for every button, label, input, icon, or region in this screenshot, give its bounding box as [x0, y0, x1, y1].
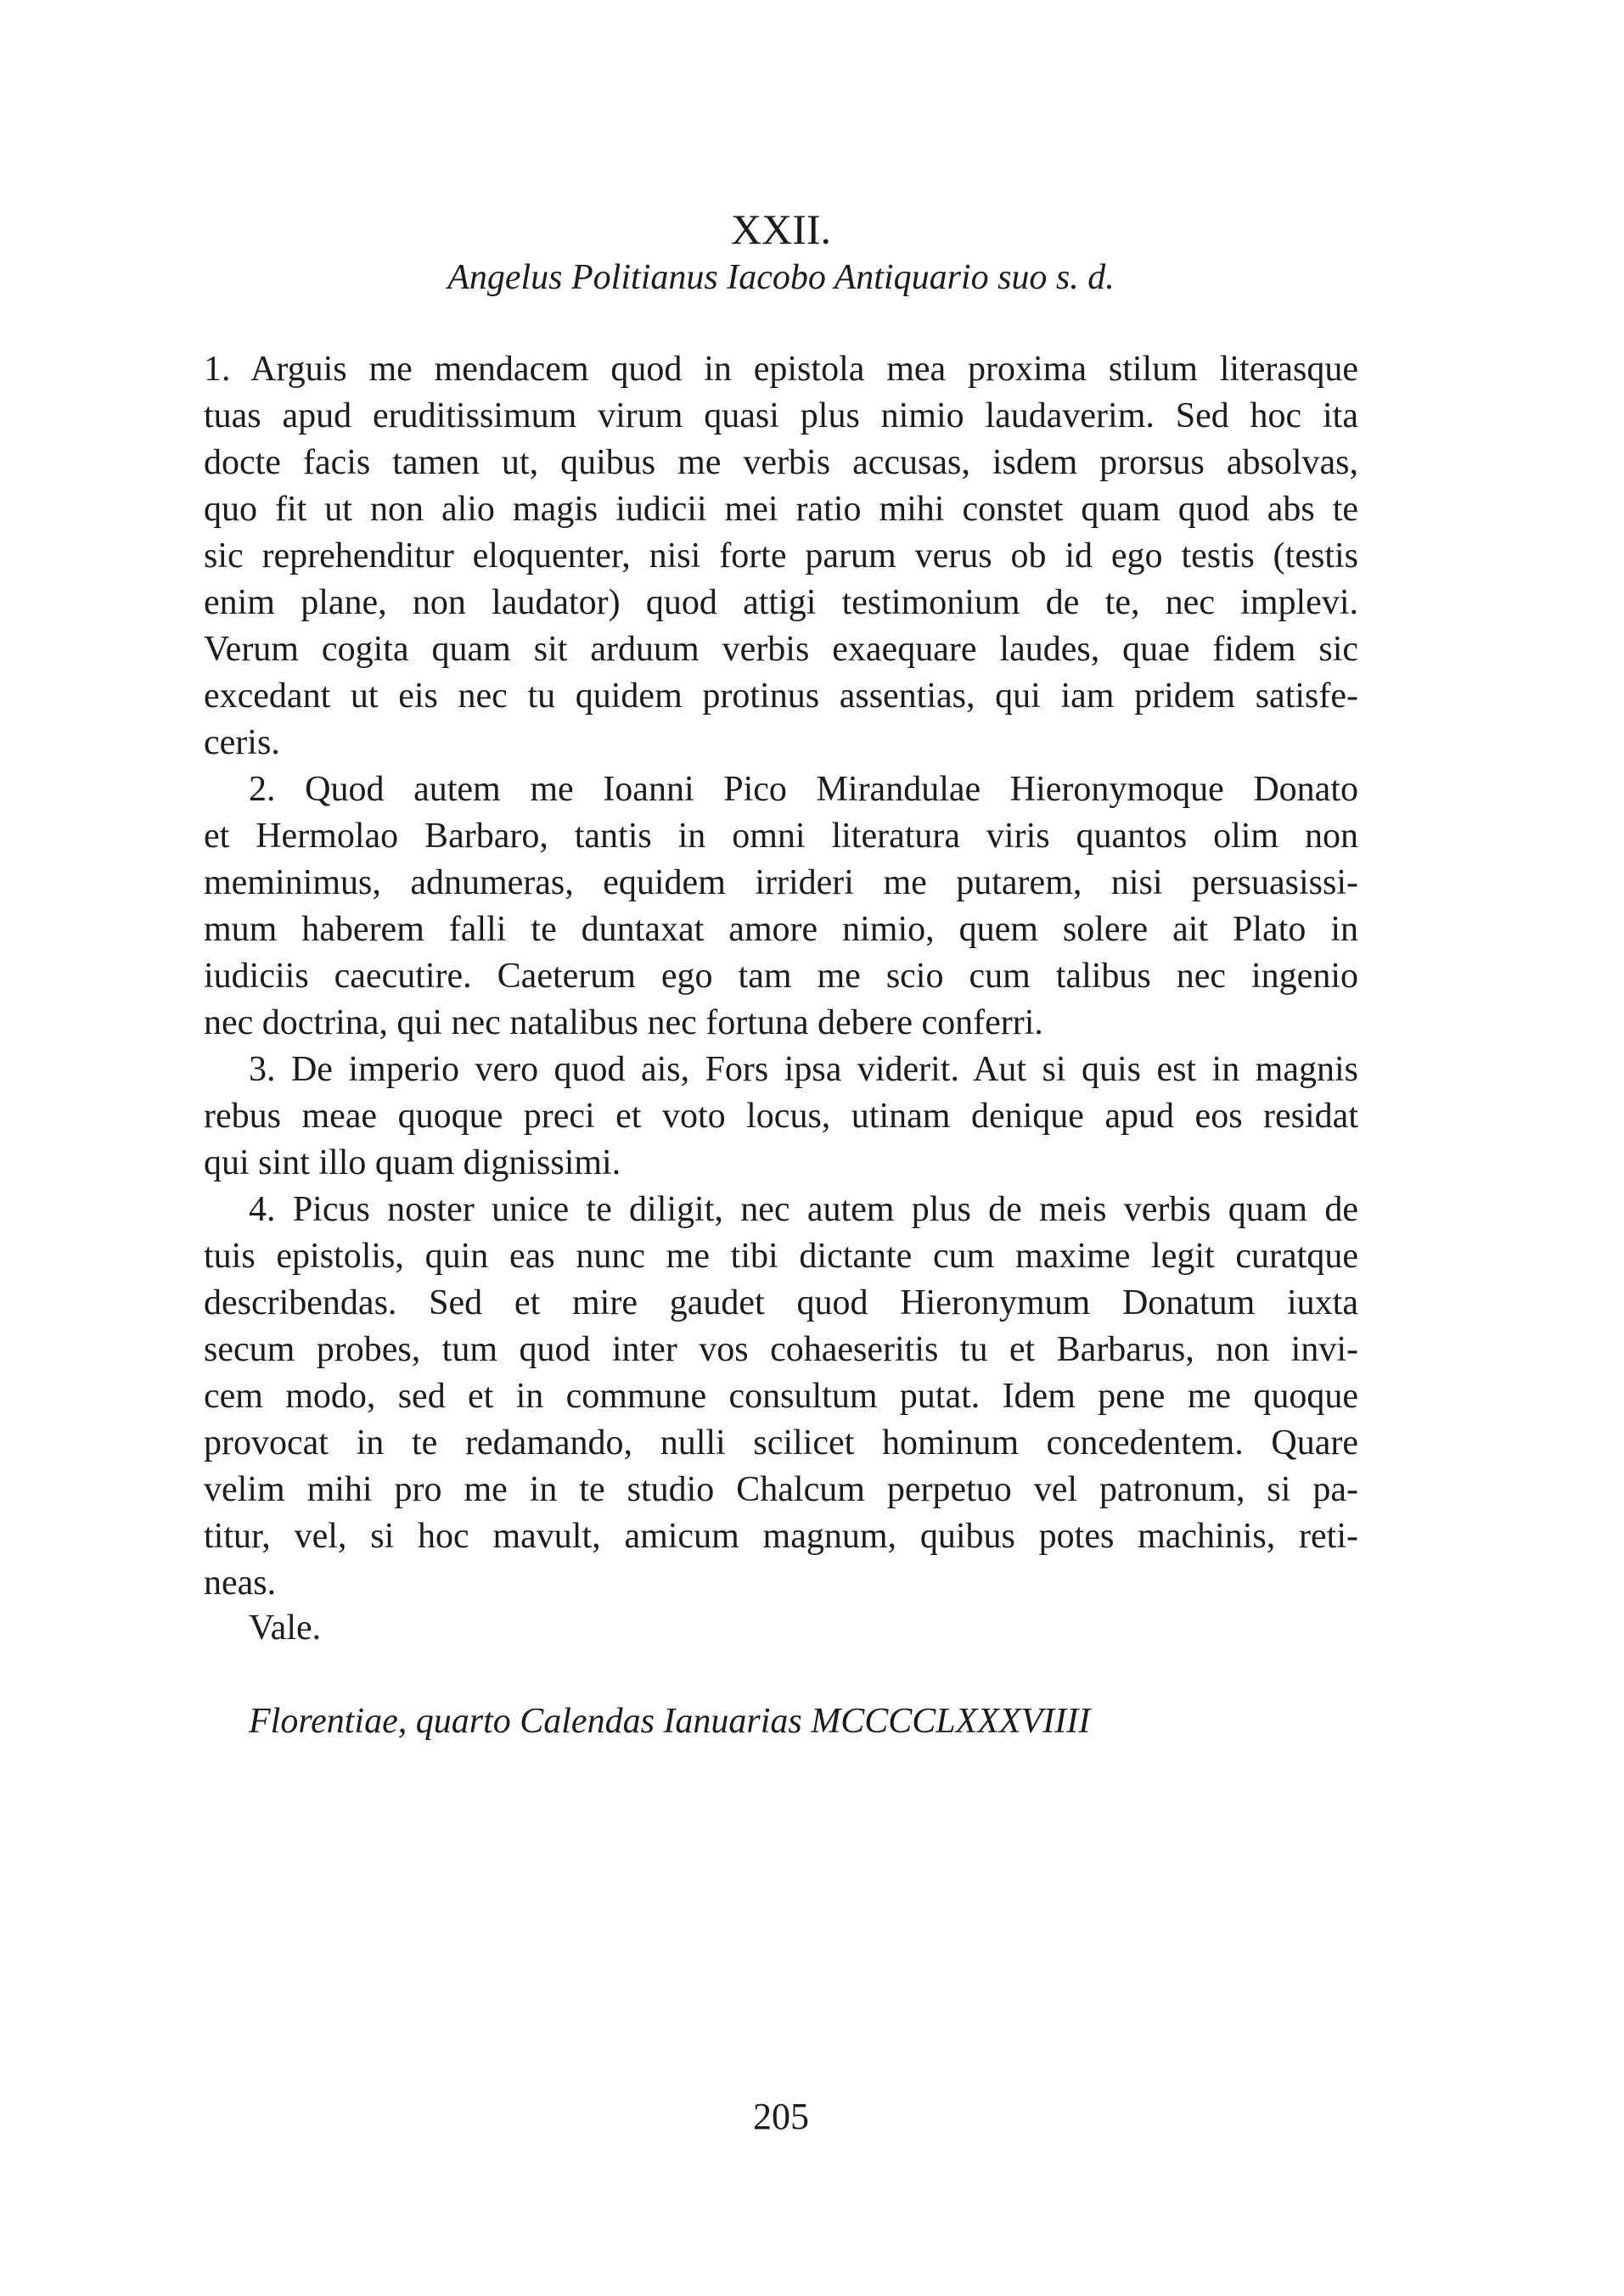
text-line: mum haberem falli te duntaxat amore nimi… [204, 907, 1358, 953]
letter-body: 1. Arguis me mendacem quod in epistola m… [204, 346, 1358, 1607]
text-line: titur, vel, si hoc mavult, amicum magnum… [204, 1513, 1358, 1560]
text-line: ceris. [204, 720, 1358, 766]
text-line: nec doctrina, qui nec natalibus nec fort… [204, 1000, 1358, 1047]
text-line: qui sint illo quam dignissimi. [204, 1140, 1358, 1187]
letter-salutation: Angelus Politianus Iacobo Antiquario suo… [204, 255, 1358, 301]
book-page: XXII. Angelus Politianus Iacobo Antiquar… [0, 0, 1624, 2296]
letter-dateline: Florentiae, quarto Calendas Ianuarias MC… [249, 1698, 1090, 1745]
text-line: meminimus, adnumeras, equidem irrideri m… [204, 860, 1358, 907]
text-line: provocat in te redamando, nulli scilicet… [204, 1420, 1358, 1467]
text-line: quo fit ut non alio magis iudicii mei ra… [204, 486, 1358, 533]
text-line: excedant ut eis nec tu quidem protinus a… [204, 673, 1358, 720]
text-line: tuis epistolis, quin eas nunc me tibi di… [204, 1233, 1358, 1280]
text-line: Verum cogita quam sit arduum verbis exae… [204, 626, 1358, 673]
letter-number-heading: XXII. [204, 204, 1358, 255]
paragraph-4: 4. Picus noster unice te diligit, nec au… [204, 1187, 1358, 1607]
text-line: 3. De imperio vero quod ais, Fors ipsa v… [204, 1047, 1358, 1093]
text-line: rebus meae quoque preci et voto locus, u… [204, 1093, 1358, 1140]
text-line: sic reprehenditur eloquenter, nisi forte… [204, 533, 1358, 580]
text-line: cem modo, sed et in commune consultum pu… [204, 1373, 1358, 1420]
text-line: tuas apud eruditissimum virum quasi plus… [204, 393, 1358, 440]
paragraph-2: 2. Quod autem me Ioanni Pico Mirandulae … [204, 766, 1358, 1047]
text-line: 4. Picus noster unice te diligit, nec au… [204, 1187, 1358, 1233]
paragraph-1: 1. Arguis me mendacem quod in epistola m… [204, 346, 1358, 766]
text-line: secum probes, tum quod inter vos cohaese… [204, 1327, 1358, 1373]
text-line: 1. Arguis me mendacem quod in epistola m… [204, 346, 1358, 393]
text-line: neas. [204, 1560, 1358, 1607]
page-number: 205 [204, 2093, 1358, 2140]
letter-closing: Vale. [249, 1605, 321, 1652]
text-line: iudiciis caecutire. Caeterum ego tam me … [204, 953, 1358, 1000]
paragraph-3: 3. De imperio vero quod ais, Fors ipsa v… [204, 1047, 1358, 1187]
text-line: docte facis tamen ut, quibus me verbis a… [204, 440, 1358, 486]
text-line: velim mihi pro me in te studio Chalcum p… [204, 1467, 1358, 1513]
text-line: describendas. Sed et mire gaudet quod Hi… [204, 1280, 1358, 1327]
text-line: enim plane, non laudator) quod attigi te… [204, 580, 1358, 626]
text-line: 2. Quod autem me Ioanni Pico Mirandulae … [204, 766, 1358, 813]
text-line: et Hermolao Barbaro, tantis in omni lite… [204, 813, 1358, 860]
